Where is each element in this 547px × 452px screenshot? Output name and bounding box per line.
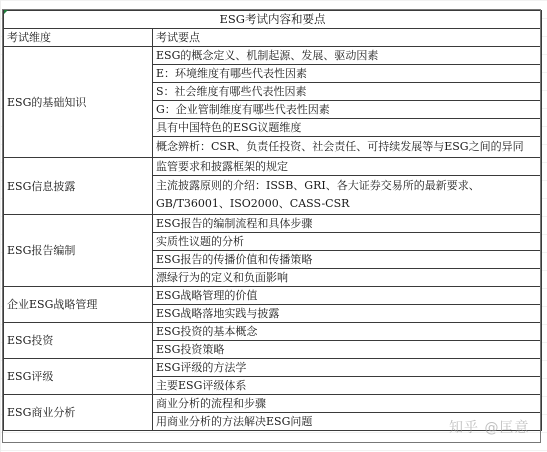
title-row: ESG考试内容和要点: [4, 11, 542, 29]
table-row: ESG商业分析 商业分析的流程和步骤: [4, 395, 542, 413]
point-cell[interactable]: 具有中国特色的ESG议题维度: [153, 119, 542, 137]
table-row: ESG信息披露 监管要求和披露框架的规定: [4, 158, 542, 176]
watermark-text: 知乎 @匡意: [449, 417, 529, 437]
dimension-cell[interactable]: ESG评级: [4, 359, 153, 395]
point-cell[interactable]: ESG评级的方法学: [153, 359, 542, 377]
dimension-cell[interactable]: ESG信息披露: [4, 158, 153, 215]
table-title[interactable]: ESG考试内容和要点: [4, 11, 542, 29]
point-cell[interactable]: G：企业管制维度有哪些代表性因素: [153, 101, 542, 119]
point-cell[interactable]: ESG的概念定义、机制起源、发展、驱动因素: [153, 47, 542, 65]
point-cell[interactable]: 主要ESG评级体系: [153, 377, 542, 395]
header-row: 考试维度 考试要点: [4, 29, 542, 47]
point-cell[interactable]: ESG战略落地实践与披露: [153, 305, 542, 323]
dimension-cell[interactable]: ESG投资: [4, 323, 153, 359]
point-cell[interactable]: 商业分析的流程和步骤: [153, 395, 542, 413]
table-row: ESG的基础知识 ESG的概念定义、机制起源、发展、驱动因素: [4, 47, 542, 65]
dimension-cell[interactable]: ESG的基础知识: [4, 47, 153, 158]
dimension-cell[interactable]: 企业ESG战略管理: [4, 287, 153, 323]
point-cell[interactable]: 监管要求和披露框架的规定: [153, 158, 542, 176]
dimension-cell[interactable]: ESG报告编制: [4, 215, 153, 287]
point-cell[interactable]: 概念辨析：CSR、负责任投资、社会责任、可持续发展等与ESG之间的异同: [153, 137, 542, 158]
point-cell[interactable]: 实质性议题的分析: [153, 233, 542, 251]
point-cell[interactable]: ESG战略管理的价值: [153, 287, 542, 305]
header-points[interactable]: 考试要点: [153, 29, 542, 47]
point-cell[interactable]: ESG投资的基本概念: [153, 323, 542, 341]
point-cell[interactable]: ESG报告的编制流程和具体步骤: [153, 215, 542, 233]
table-row: ESG评级 ESG评级的方法学: [4, 359, 542, 377]
point-cell[interactable]: 漂绿行为的定义和负面影响: [153, 269, 542, 287]
header-dimension[interactable]: 考试维度: [4, 29, 153, 47]
point-cell[interactable]: 主流披露原则的介绍：ISSB、GRI、各大证券交易所的最新要求、GB/T3600…: [153, 176, 542, 215]
point-cell[interactable]: E：环境维度有哪些代表性因素: [153, 65, 542, 83]
table-row: 企业ESG战略管理 ESG战略管理的价值: [4, 287, 542, 305]
dimension-cell[interactable]: ESG商业分析: [4, 395, 153, 431]
table-row: ESG报告编制 ESG报告的编制流程和具体步骤: [4, 215, 542, 233]
point-cell[interactable]: S：社会维度有哪些代表性因素: [153, 83, 542, 101]
point-cell[interactable]: ESG报告的传播价值和传播策略: [153, 251, 542, 269]
table-row: ESG投资 ESG投资的基本概念: [4, 323, 542, 341]
cell-comment-marker-icon: [4, 10, 8, 14]
esg-exam-table: ESG考试内容和要点 考试维度 考试要点 ESG的基础知识 ESG的概念定义、机…: [3, 10, 542, 431]
point-cell[interactable]: ESG投资策略: [153, 341, 542, 359]
